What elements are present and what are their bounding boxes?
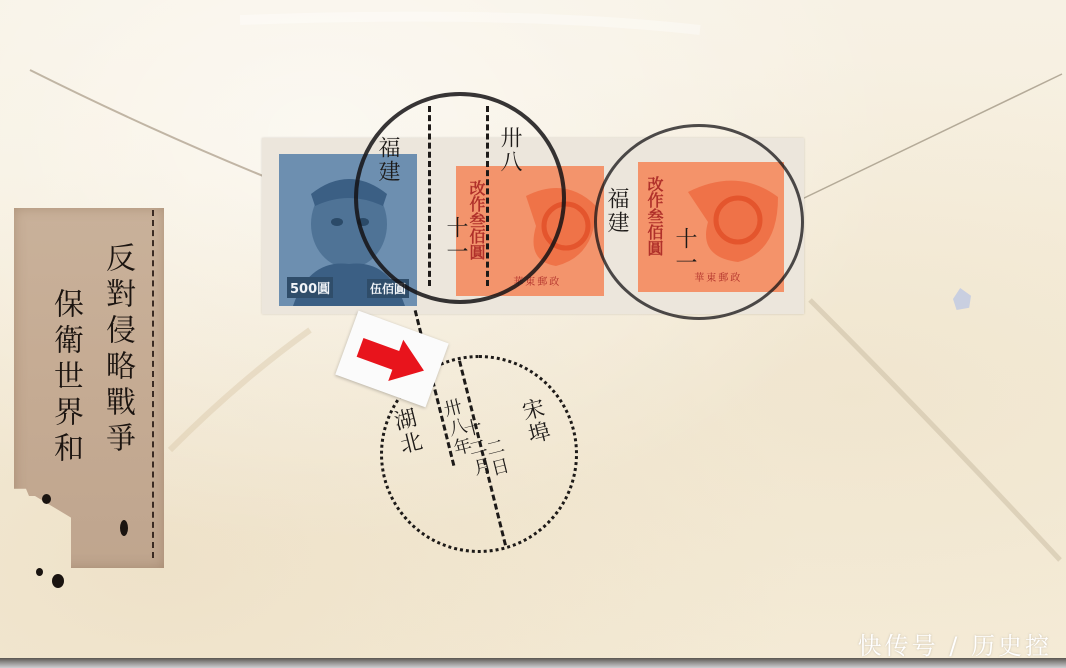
watermark: 快传号 / 历史控 bbox=[858, 626, 1052, 661]
postmark-circular: 福建 十一 bbox=[594, 124, 804, 320]
red-arrow-icon bbox=[350, 324, 434, 394]
ink-stain bbox=[120, 520, 128, 536]
postmark-divider bbox=[428, 106, 431, 286]
postmark-divider bbox=[486, 106, 489, 286]
label-perforation bbox=[152, 210, 154, 558]
stamp-denomination: 500圓 bbox=[287, 277, 333, 298]
ink-stain bbox=[52, 574, 64, 588]
label-text-left: 保衛世界和 bbox=[50, 288, 80, 468]
label-text-right: 反對侵略戰爭 bbox=[102, 242, 132, 458]
postmark-text: 十一 bbox=[444, 216, 466, 264]
postmark-text: 宋埠 bbox=[518, 396, 551, 448]
postmark-circular: 福建 卅八 十一 bbox=[354, 92, 566, 304]
ink-stain bbox=[36, 568, 43, 576]
postmark-text: 十一 bbox=[673, 227, 695, 275]
postmark-text: 福建 bbox=[605, 187, 627, 235]
envelope-bottom-edge bbox=[0, 658, 1066, 668]
ink-stain bbox=[42, 494, 51, 504]
postmark-text: 卅八 bbox=[498, 126, 520, 174]
postmark-text: 湖北 bbox=[390, 406, 423, 458]
postmark-text: 福建 bbox=[376, 136, 398, 184]
